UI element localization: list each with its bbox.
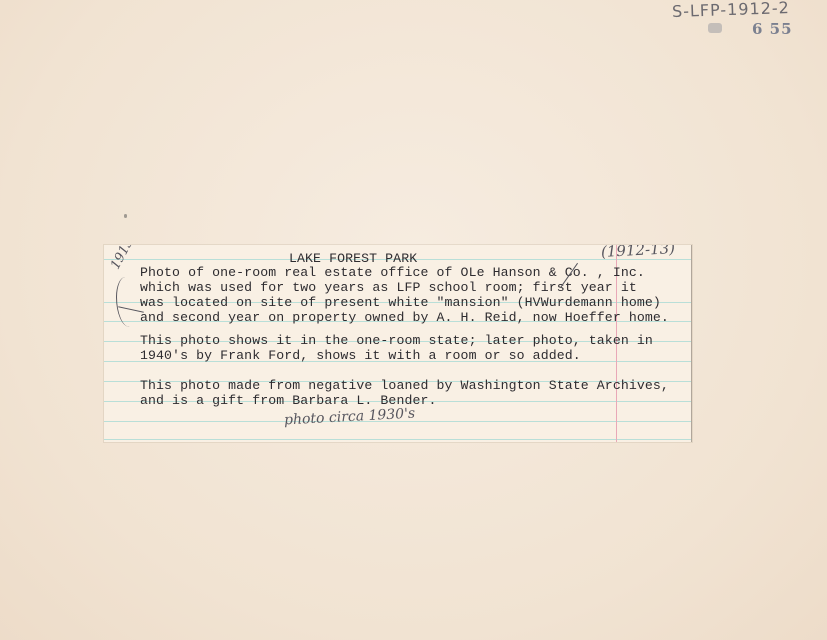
index-card: LAKE FOREST PARK Photo of one-room real …	[104, 245, 692, 442]
card-title: LAKE FOREST PARK	[289, 251, 417, 266]
ruled-line	[104, 439, 691, 440]
handwritten-date-note: photo circa 1930's	[284, 406, 416, 429]
paragraph-2-line: This photo shows it in the one-room stat…	[140, 333, 653, 348]
paragraph-1-line: was located on site of present white "ma…	[140, 295, 661, 310]
paragraph-1-line: and second year on property owned by A. …	[140, 310, 669, 325]
paragraph-2-line: 1940's by Frank Ford, shows it with a ro…	[140, 348, 581, 363]
paragraph-3-line: This photo made from negative loaned by …	[140, 378, 669, 393]
paper-speck	[124, 214, 127, 218]
stamp-number: 6 55	[752, 20, 793, 38]
stamp-smudge	[708, 23, 722, 33]
handwritten-bracket	[116, 277, 139, 327]
catalog-number: S-LFP-1912-2	[672, 0, 790, 21]
